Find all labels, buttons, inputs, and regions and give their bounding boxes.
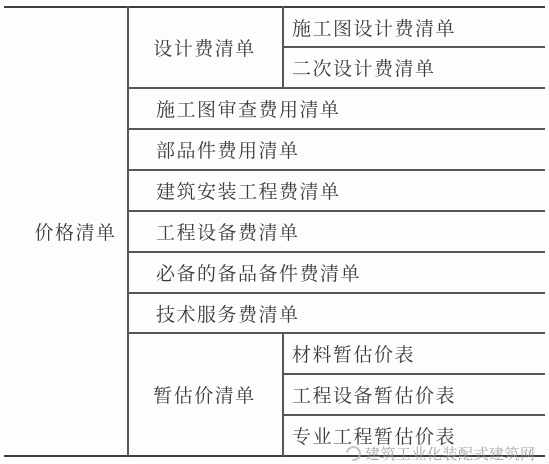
- row-cell-engineering-equipment-fee: 工程设备费清单: [129, 212, 549, 251]
- sub-cell-construction-drawing-design-fee: 施工图设计费清单: [285, 8, 549, 46]
- row-cell-drawing-review-fee: 施工图审查费用清单: [129, 89, 549, 128]
- row-cell-construction-installation-fee: 建筑安装工程费清单: [129, 171, 549, 210]
- sub-cell-equipment-provisional-price: 工程设备暂估价表: [285, 375, 549, 414]
- sub-cell-secondary-design-fee: 二次设计费清单: [285, 48, 549, 87]
- root-cell-price-list: 价格清单: [4, 8, 137, 455]
- row-cell-spare-parts-fee: 必备的备品备件费清单: [129, 253, 549, 292]
- mid-cell-provisional-price-list: 暂估价清单: [129, 334, 280, 455]
- watermark-text: 建筑工业化装配式建筑网: [365, 443, 536, 464]
- row-cell-technical-service-fee: 技术服务费清单: [129, 294, 549, 332]
- sub-cell-material-provisional-price: 材料暂估价表: [285, 334, 549, 373]
- mid-cell-design-fee-list: 设计费清单: [129, 8, 280, 87]
- watermark: 建筑工业化装配式建筑网: [346, 444, 536, 463]
- divider-col2-col3-bottom: [282, 332, 284, 457]
- price-list-breakdown-table: 价格清单 设计费清单 施工图设计费清单 二次设计费清单 施工图审查费用清单 部品…: [0, 0, 549, 464]
- row-cell-component-parts-fee: 部品件费用清单: [129, 130, 549, 169]
- watermark-logo-globe-icon: [343, 443, 364, 464]
